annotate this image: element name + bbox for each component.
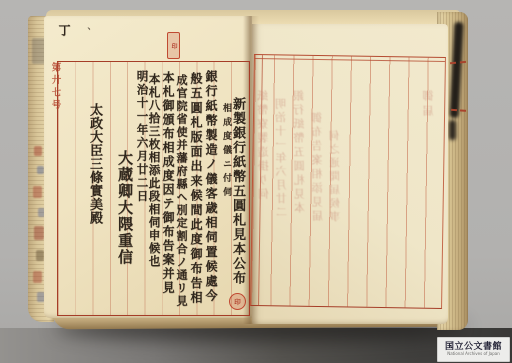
margin-document-number: 第廾七号 bbox=[50, 62, 60, 112]
watermark-english-label: National Archives of Japan bbox=[447, 352, 500, 356]
bleedthrough-column-5: 伺之通聞届候事 bbox=[330, 130, 341, 225]
document-title-column: 新製銀行紙幣五圓札見本公布 bbox=[231, 97, 244, 286]
folio-tick-mark: 、 bbox=[82, 27, 90, 35]
bleedthrough-column-2: 明治十一年六月廿二 bbox=[275, 98, 287, 220]
right-page-double-rule-top bbox=[255, 58, 445, 62]
body-column-2: 般五圓札版面出来候間此度御布告相 bbox=[190, 72, 202, 306]
fore-edge-ink-mark bbox=[34, 226, 44, 240]
fore-edge-ink-mark bbox=[36, 250, 44, 261]
fore-edge-ink-mark bbox=[33, 186, 42, 198]
fore-edge-ink-mark bbox=[37, 166, 44, 174]
body-column-3: 成官院省使并藩府縣ヘ別定割合ノ通リ見 bbox=[176, 74, 187, 308]
title-note-column: 相成度儀ニ付伺 bbox=[221, 103, 230, 201]
title-seal-glyph: 印 bbox=[234, 297, 241, 306]
bleedthrough-column-3: 銀行紙幣五圓札見本 bbox=[293, 90, 305, 216]
fore-edge-ink-mark bbox=[34, 146, 42, 156]
fore-edge-ink-mark bbox=[33, 271, 42, 283]
header-seal-glyph: 印 bbox=[169, 43, 178, 49]
date-column: 明治十一年六月廿二日 bbox=[136, 70, 148, 203]
national-archives-watermark: 国立公文書館 National Archives of Japan bbox=[437, 337, 510, 362]
bleedthrough-column-6: 御届 bbox=[423, 90, 434, 120]
addressee-column: 太政大臣三條實美殿 bbox=[88, 103, 101, 225]
body-column-4: 本札御頒布相成度因テ御布告案并見 bbox=[162, 71, 174, 295]
bleedthrough-column-4: 御布告案相添見届 bbox=[311, 112, 323, 224]
bleedthrough-column-1: 紙幣寮製造掛り伺 bbox=[257, 90, 269, 202]
title-seal-stamp: 印 bbox=[229, 293, 246, 310]
binding-ink-streak-small bbox=[449, 120, 456, 140]
body-column-1: 銀行紙幣製造ノ儀客歳相伺置候處今 bbox=[205, 70, 217, 304]
archival-book-scan: 丁 、 第廾七号 印 新製銀行紙幣五圓札見本公布 相成度儀ニ付伺 銀行紙幣製造ノ… bbox=[0, 0, 512, 363]
header-seal-stamp: 印 bbox=[167, 32, 180, 59]
signature-column: 大蔵卿大隈重信 bbox=[117, 150, 132, 266]
folio-mark: 丁 bbox=[58, 24, 70, 36]
